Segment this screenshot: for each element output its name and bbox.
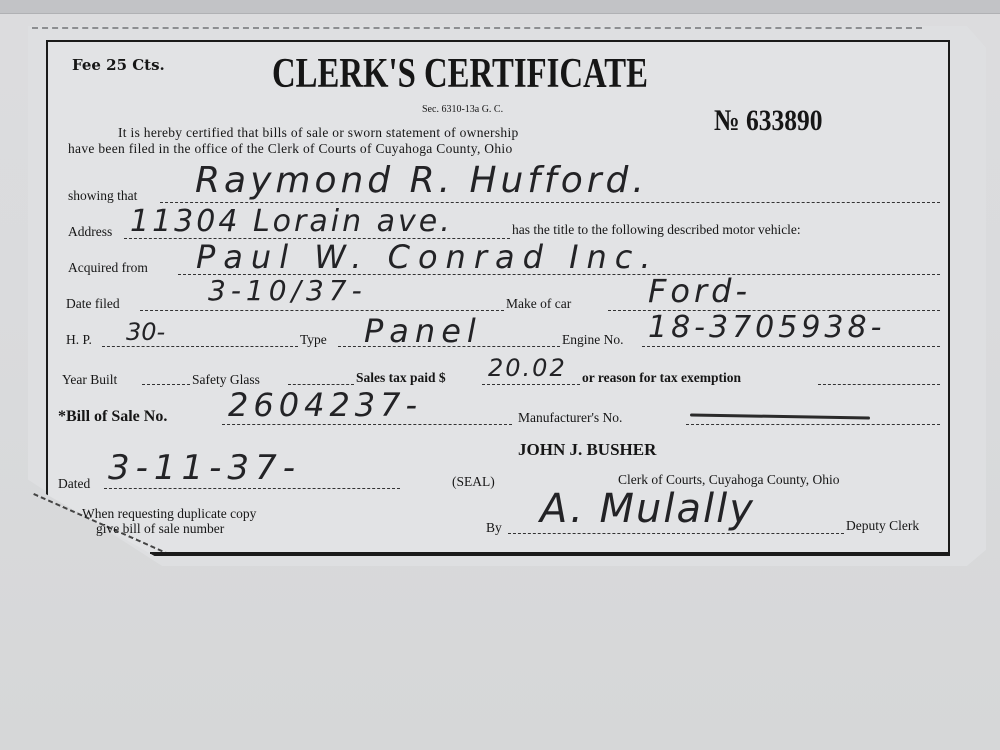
bill-of-sale-line	[222, 424, 512, 425]
year-built-label: Year Built	[62, 372, 117, 388]
bill-of-sale-field[interactable]: 2604237-	[228, 386, 422, 424]
seal-label: (SEAL)	[452, 474, 495, 490]
hp-label: H. P.	[66, 332, 92, 348]
date-filed-label: Date filed	[66, 296, 120, 312]
type-label: Type	[300, 332, 327, 348]
engine-no-field[interactable]: 18-3705938-	[648, 310, 885, 345]
type-field[interactable]: Panel	[364, 312, 482, 350]
safety-glass-line	[288, 384, 354, 385]
manufacturers-no-line	[686, 424, 940, 425]
section-reference: Sec. 6310-13a G. C.	[422, 104, 503, 115]
acquired-from-field[interactable]: Paul W. Conrad Inc.	[196, 238, 659, 276]
tax-exemption-line	[818, 384, 940, 385]
tax-exemption-label: or reason for tax exemption	[582, 370, 741, 386]
sales-tax-line	[482, 384, 580, 385]
year-built-line	[142, 384, 190, 385]
manufacturers-no-label: Manufacturer's No.	[518, 410, 622, 426]
make-of-car-field[interactable]: Ford-	[648, 272, 751, 310]
sales-tax-label: Sales tax paid $	[356, 370, 446, 386]
footnote-line1: When requesting duplicate copy	[82, 506, 256, 522]
certificate-number: № 633890	[714, 104, 823, 138]
make-of-car-label: Make of car	[506, 296, 571, 312]
address-label: Address	[68, 224, 112, 240]
fee-label: Fee 25 Cts.	[72, 56, 165, 74]
dated-label: Dated	[58, 476, 90, 492]
dated-field[interactable]: 3-11-37-	[108, 448, 301, 488]
showing-that-label: showing that	[68, 188, 137, 204]
footnote-line2: give bill of sale number	[96, 521, 224, 537]
hp-line	[102, 346, 298, 347]
signature-line	[508, 533, 844, 534]
bill-of-sale-label: *Bill of Sale No.	[58, 408, 167, 426]
date-filed-field[interactable]: 3-10/37-	[208, 274, 367, 307]
deputy-signature[interactable]: A. Mulally	[540, 486, 755, 532]
has-title-text: has the title to the following described…	[512, 222, 801, 238]
dated-line	[104, 488, 400, 489]
sales-tax-field[interactable]: 20.02	[488, 354, 567, 382]
background-edge	[0, 0, 1000, 14]
intro-text-line1: It is hereby certified that bills of sal…	[118, 125, 519, 141]
intro-text-line2: have been filed in the office of the Cle…	[68, 141, 513, 157]
date-filed-line	[140, 310, 504, 311]
engine-no-label: Engine No.	[562, 332, 624, 348]
clerk-name: JOHN J. BUSHER	[518, 440, 656, 460]
by-label: By	[486, 520, 502, 536]
perforation-edge	[32, 27, 922, 29]
page-title: CLERK'S CERTIFICATE	[272, 50, 648, 98]
showing-that-line	[160, 202, 940, 203]
deputy-clerk-label: Deputy Clerk	[846, 518, 919, 534]
address-field[interactable]: 11304 Lorain ave.	[130, 204, 453, 239]
bottom-border	[150, 552, 948, 554]
engine-no-line	[642, 346, 940, 347]
showing-that-field[interactable]: Raymond R. Hufford.	[195, 160, 648, 201]
acquired-from-label: Acquired from	[68, 260, 148, 276]
hp-field[interactable]: 30-	[126, 318, 165, 346]
